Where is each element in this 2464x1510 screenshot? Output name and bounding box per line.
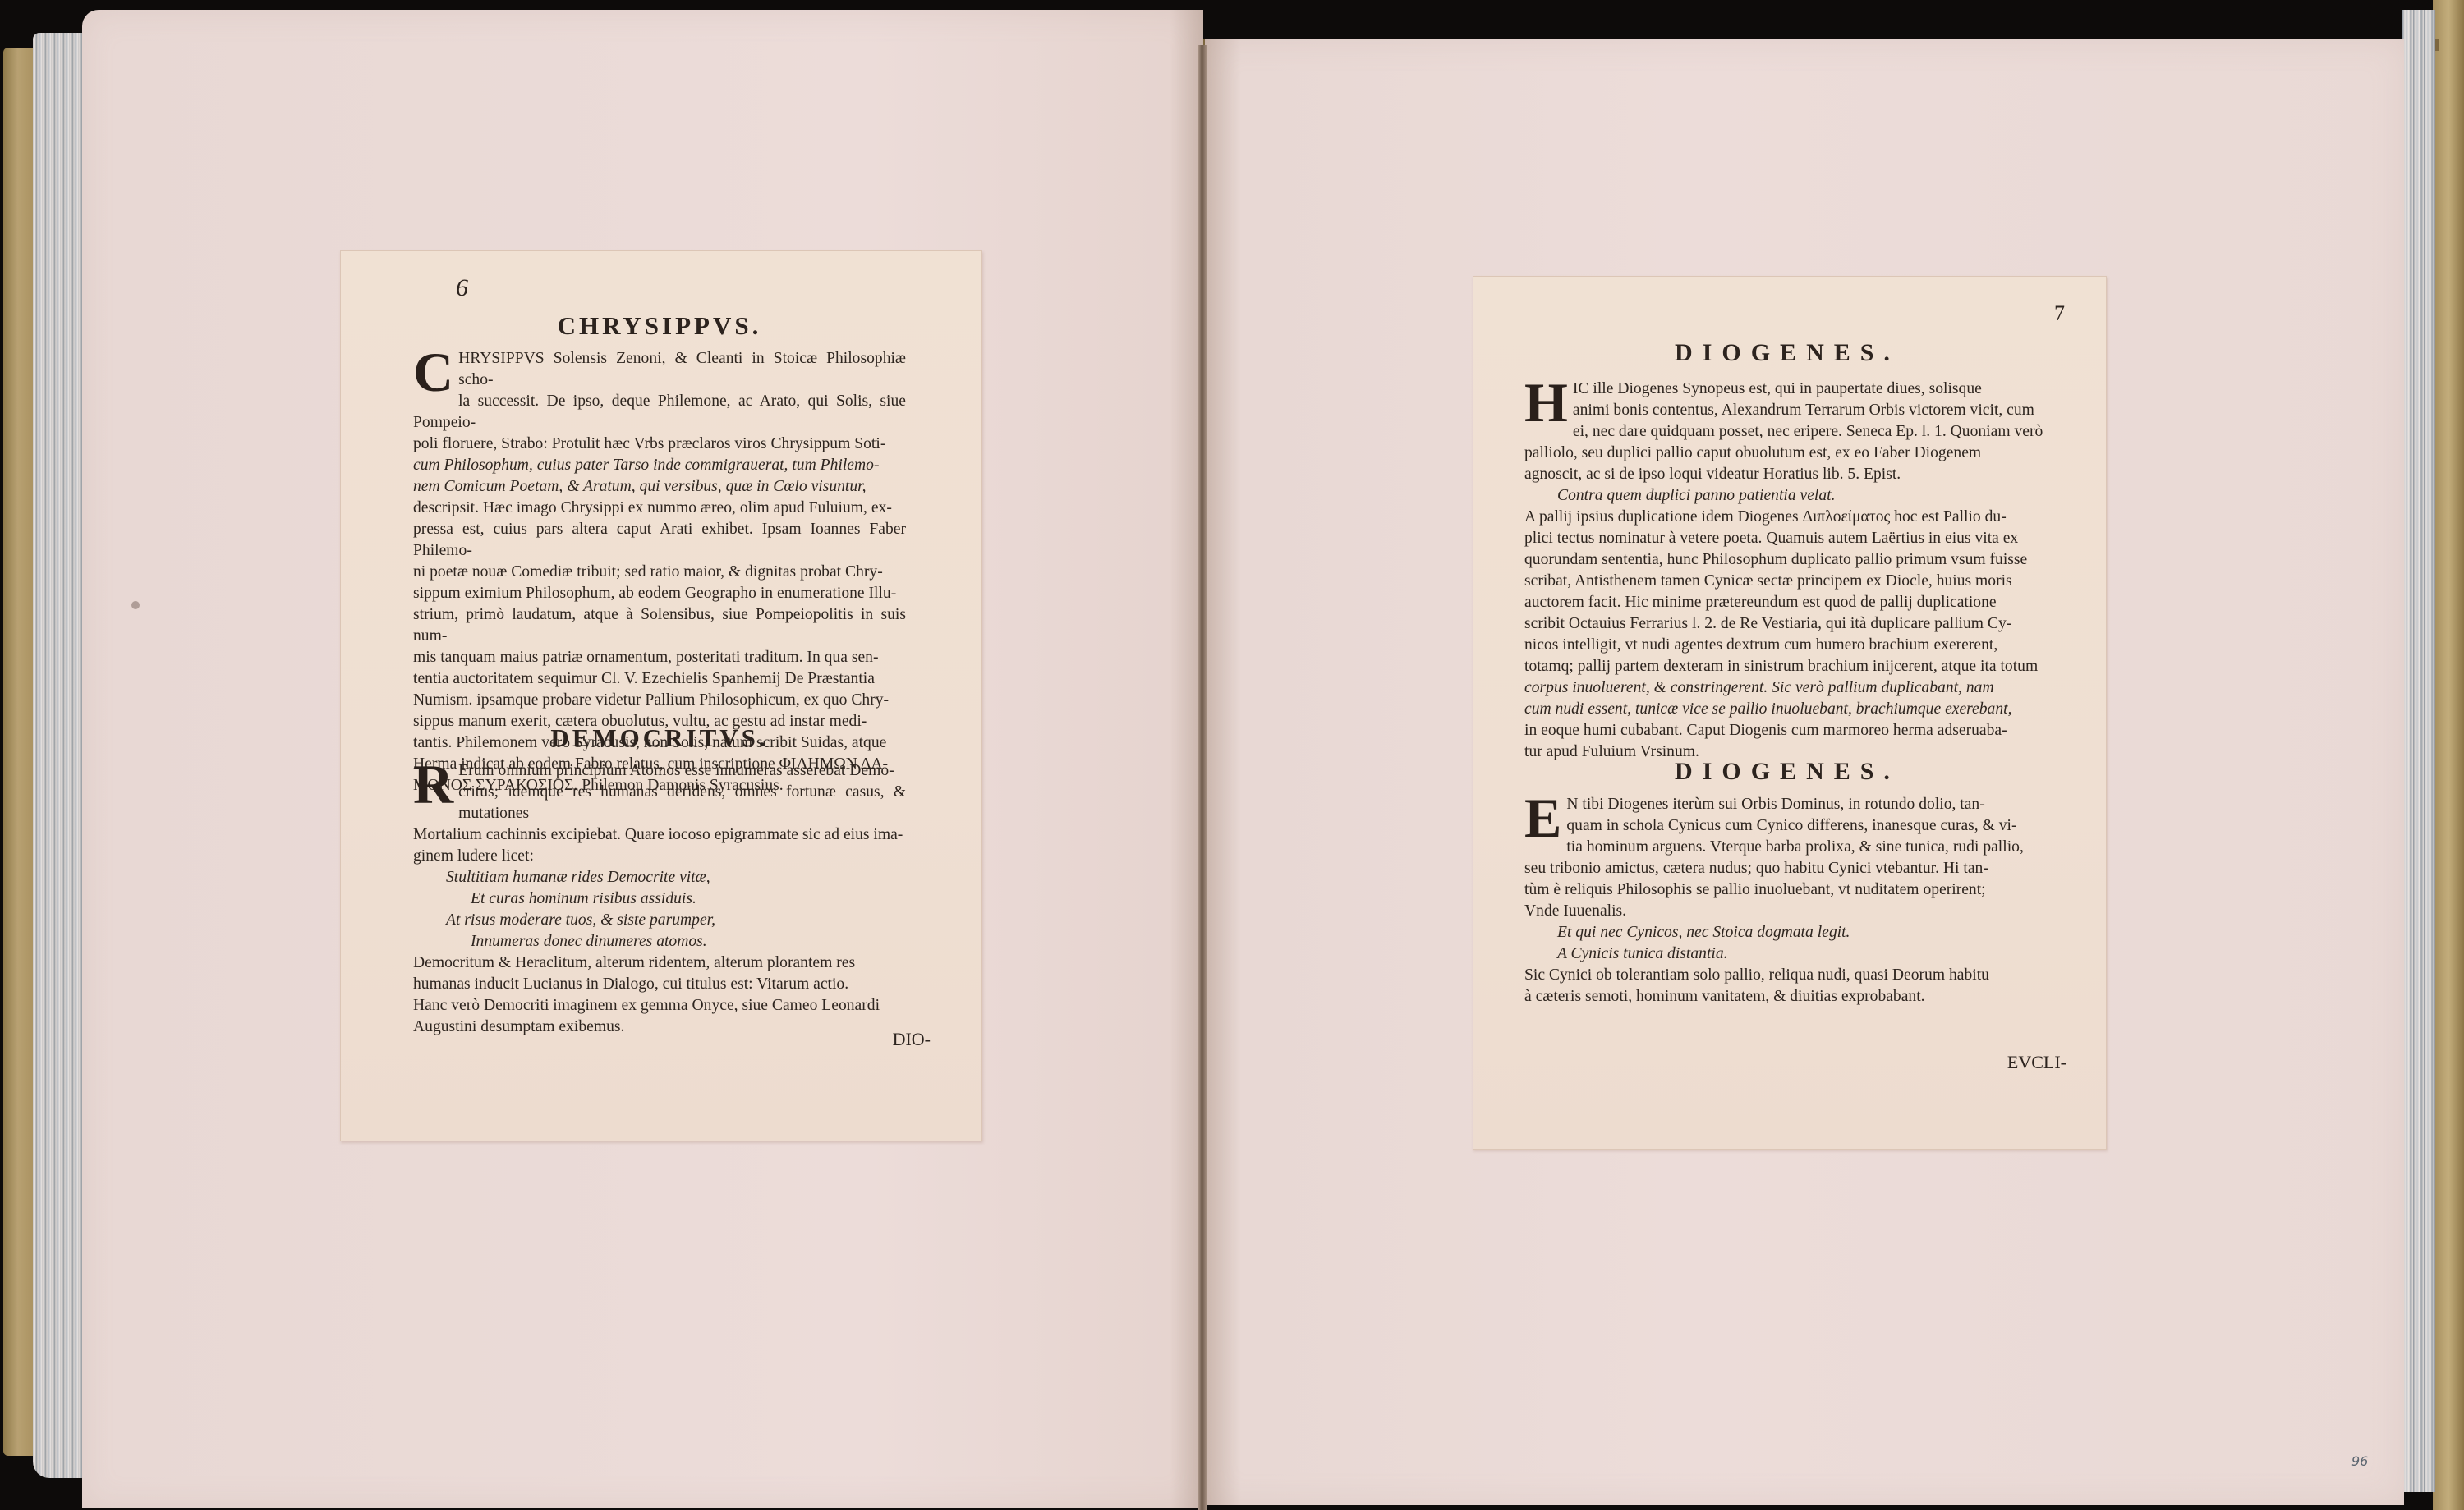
text-line: IC ille Diogenes Synopeus est, qui in pa… (1524, 379, 2050, 400)
book-gutter (1198, 45, 1207, 1510)
verse-line: A Cynicis tunica distantia. (1524, 943, 2050, 965)
page-number: 7 (2054, 301, 2065, 326)
text-line: humanas inducit Lucianus in Dialogo, cui… (413, 974, 906, 995)
text-line: totamq; pallij partem dexteram in sinist… (1524, 656, 2050, 677)
text-line: Democritum & Heraclitum, alterum ridente… (413, 952, 906, 974)
text-line: poli floruere, Strabo: Protulit hæc Vrbs… (413, 434, 906, 455)
text-line: Sic Cynici ob tolerantiam solo pallio, r… (1524, 965, 2050, 986)
text-line: plici tectus nominatur à vetere poeta. Q… (1524, 528, 2050, 549)
text-line: scribat, Antisthenem tamen Cynicæ sectæ … (1524, 571, 2050, 592)
verse-line: Et curas hominum risibus assiduis. (413, 888, 906, 910)
text-line: A pallij ipsius duplicatione idem Diogen… (1524, 507, 2050, 528)
section-title-chrysippus: CHRYSIPPVS. (413, 315, 906, 337)
text-line: sippum eximium Philosophum, ab eodem Geo… (413, 583, 906, 604)
text-line: tentia auctoritatem sequimur Cl. V. Ezec… (413, 668, 906, 690)
section-title-democritus: DEMOCRITVS. (413, 727, 906, 749)
verse-line: Contra quem duplici panno patientia vela… (1524, 485, 2050, 507)
text-line: cum Philosophum, cuius pater Tarso inde … (413, 455, 906, 476)
text-line: N tibi Diogenes iterùm sui Orbis Dominus… (1524, 794, 2050, 815)
democritus-section: DEMOCRITVS. R Erum omnium principium Ato… (413, 727, 906, 1038)
text-line: seu tribonio amictus, cætera nudus; quo … (1524, 858, 2050, 879)
text-line: palliolo, seu duplici pallio caput obuol… (1524, 443, 2050, 464)
diogenes-section-2: DIOGENES. E N tibi Diogenes iterùm sui O… (1524, 761, 2050, 1007)
diogenes-section-1: DIOGENES. H IC ille Diogenes Synopeus es… (1524, 342, 2050, 763)
text-line: descripsit. Hæc imago Chrysippi ex nummo… (413, 498, 906, 519)
text-line: animi bonis contentus, Alexandrum Terrar… (1524, 400, 2050, 421)
vellum-binding-right (2433, 0, 2464, 1510)
verse-line: Et qui nec Cynicos, nec Stoica dogmata l… (1524, 922, 2050, 943)
text-line: mis tanquam maius patriæ ornamentum, pos… (413, 647, 906, 668)
text-line: pressa est, cuius pars altera caput Arat… (413, 519, 906, 562)
text-line: nicos intelligit, vt nudi agentes dextru… (1524, 635, 2050, 656)
printed-plate-left: 6 CHRYSIPPVS. C HRYSIPPVS Solensis Zenon… (340, 250, 982, 1141)
text-line: Erum omnium principium Atomos esse innum… (413, 760, 906, 782)
text-line: scribit Octauius Ferrarius l. 2. de Re V… (1524, 613, 2050, 635)
printed-plate-right: 7 DIOGENES. H IC ille Diogenes Synopeus … (1473, 276, 2107, 1150)
verse-line: Innumeras donec dinumeres atomos. (413, 931, 906, 952)
verse-line: Stultitiam humanæ rides Democrite vitæ, (413, 867, 906, 888)
catchword: EVCLI- (2007, 1052, 2066, 1073)
page-edges-left (33, 33, 84, 1478)
text-line: tia hominum arguens. Vterque barba proli… (1524, 837, 2050, 858)
text-line: cum nudi essent, tunicæ vice se pallio i… (1524, 699, 2050, 720)
text-line: quam in schola Cynicus cum Cynico differ… (1524, 815, 2050, 837)
drop-cap: C (413, 350, 453, 394)
text-line: tùm è reliquis Philosophis se pallio inu… (1524, 879, 2050, 901)
drop-cap: R (413, 762, 453, 806)
catchword: DIO- (893, 1029, 931, 1050)
text-line: corpus inuoluerent, & constringerent. Si… (1524, 677, 2050, 699)
text-line: Augustini desumptam exibemus. (413, 1017, 906, 1038)
text-line: critus; idemque res humanas deridens, om… (413, 782, 906, 824)
text-line: auctorem facit. Hic minime prætereundum … (1524, 592, 2050, 613)
text-line: agnoscit, ac si de ipso loqui videatur H… (1524, 464, 2050, 485)
section-title-diogenes: DIOGENES. (1524, 761, 2050, 783)
text-line: HRYSIPPVS Solensis Zenoni, & Cleanti in … (413, 348, 906, 391)
text-line: la successit. De ipso, deque Philemone, … (413, 391, 906, 434)
book-spread-photo: 6 CHRYSIPPVS. C HRYSIPPVS Solensis Zenon… (0, 0, 2464, 1510)
drop-cap: H (1524, 380, 1568, 425)
text-line: strium, primò laudatum, atque à Solensib… (413, 604, 906, 647)
section-title-diogenes: DIOGENES. (1524, 342, 2050, 364)
text-line: in eoque humi cubabant. Caput Diogenis c… (1524, 720, 2050, 741)
text-line: ginem ludere licet: (413, 846, 906, 867)
text-line: Numism. ipsamque probare videtur Pallium… (413, 690, 906, 711)
text-line: quorundam sententia, hunc Philosophum du… (1524, 549, 2050, 571)
text-line: ni poetæ nouæ Comediæ tribuit; sed ratio… (413, 562, 906, 583)
page-number: 6 (456, 274, 468, 302)
text-line: ei, nec dare quidquam posset, nec eriper… (1524, 421, 2050, 443)
pencil-folio-annotation: 96 (2351, 1453, 2368, 1469)
drop-cap: E (1524, 796, 1561, 840)
foxing-spot (131, 601, 140, 609)
text-line: Mortalium cachinnis excipiebat. Quare io… (413, 824, 906, 846)
page-edges-right (2402, 10, 2435, 1492)
text-line: Vnde Iuuenalis. (1524, 901, 2050, 922)
text-line: Hanc verò Democriti imaginem ex gemma On… (413, 995, 906, 1017)
verse-line: At risus moderare tuos, & siste parumper… (413, 910, 906, 931)
text-line: à cæteris semoti, hominum vanitatem, & d… (1524, 986, 2050, 1007)
text-line: nem Comicum Poetam, & Aratum, qui versib… (413, 476, 906, 498)
